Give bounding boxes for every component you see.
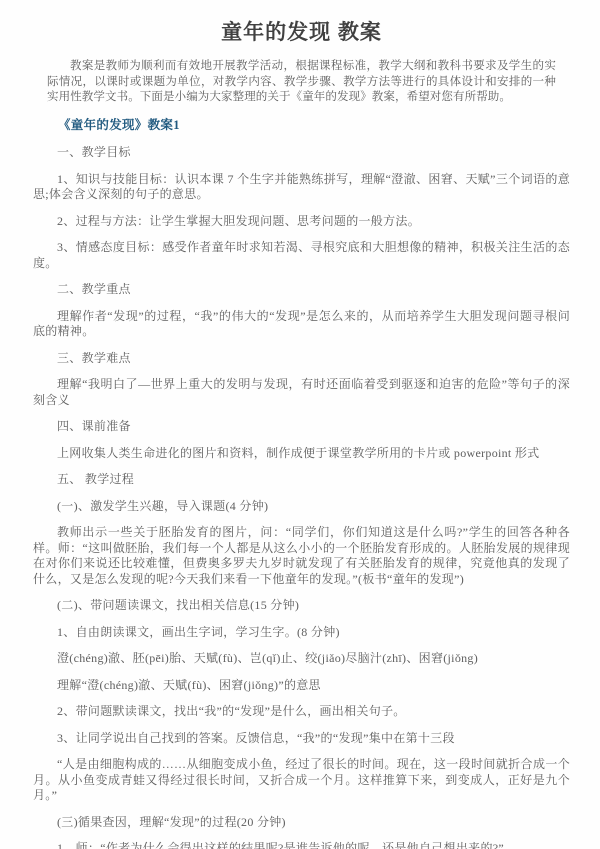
paragraph: 三、教学难点 bbox=[33, 351, 570, 367]
paragraph: 1、师：“作者为什么会得出这样的结果呢?是谁告诉他的呢，还是他自己想出来的?” bbox=[33, 841, 570, 849]
paragraph: (三)循果查因，理解“发现”的过程(20 分钟) bbox=[33, 815, 570, 831]
paragraph: 四、课前准备 bbox=[33, 419, 570, 435]
section-heading: 《童年的发现》教案1 bbox=[33, 118, 570, 134]
document-body: 教案是教师为顺利而有效地开展教学活动，根据课程标准，教学大纲和教科书要求及学生的… bbox=[33, 59, 570, 849]
paragraph: (一)、激发学生兴趣，导入课题(4 分钟) bbox=[33, 499, 570, 515]
paragraph: 1、自由朗读课文，画出生字词，学习生字。(8 分钟) bbox=[33, 625, 570, 641]
paragraph: 2、过程与方法：让学生掌握大胆发现问题、思考问题的一般方法。 bbox=[33, 214, 570, 230]
paragraph: 二、教学重点 bbox=[33, 282, 570, 298]
paragraph: “人是由细胞构成的……从细胞变成小鱼，经过了很长的时间。现在，这一段时间就折合成… bbox=[33, 757, 570, 804]
document-page: 童年的发现 教案 教案是教师为顺利而有效地开展教学活动，根据课程标准，教学大纲和… bbox=[0, 0, 600, 849]
paragraph: 3、让同学说出自己找到的答案。反馈信息，“我”的“发现”集中在第十三段 bbox=[33, 731, 570, 747]
paragraph: 2、带问题默读课文，找出“我”的“发现”是什么，画出相关句子。 bbox=[33, 704, 570, 720]
paragraph: 3、情感态度目标：感受作者童年时求知若渴、寻根究底和大胆想像的精神，积极关注生活… bbox=[33, 240, 570, 271]
paragraph: 1、知识与技能目标：认识本课 7 个生字并能熟练拼写，理解“澄澈、困窘、天赋”三… bbox=[33, 172, 570, 203]
paragraph: 一、教学目标 bbox=[33, 145, 570, 161]
paragraph: (二)、带问题读课文，找出相关信息(15 分钟) bbox=[33, 598, 570, 614]
paragraph: 澄(chéng)澈、胚(pēi)胎、天赋(fù)、岂(qǐ)止、绞(jiǎo)尽… bbox=[33, 651, 570, 667]
paragraph: 上网收集人类生命进化的图片和资料，制作成便于课堂教学所用的卡片或 powerpo… bbox=[33, 446, 570, 462]
document-title: 童年的发现 教案 bbox=[33, 20, 570, 45]
paragraph: 理解“我明白了—世界上重大的发明与发现，有时还面临着受到驱逐和迫害的危险”等句子… bbox=[33, 377, 570, 408]
paragraph: 理解作者“发现”的过程，“我”的伟大的“发现”是怎么来的，从而培养学生大胆发现问… bbox=[33, 309, 570, 340]
paragraph: 教师出示一些关于胚胎发育的图片，问：“同学们，你们知道这是什么吗?”学生的回答各… bbox=[33, 525, 570, 587]
paragraph: 五、 教学过程 bbox=[33, 472, 570, 488]
intro-paragraph: 教案是教师为顺利而有效地开展教学活动，根据课程标准，教学大纲和教科书要求及学生的… bbox=[47, 59, 556, 106]
paragraph: 理解“澄(chéng)澈、天赋(fù)、困窘(jiǒng)”的意思 bbox=[33, 678, 570, 694]
